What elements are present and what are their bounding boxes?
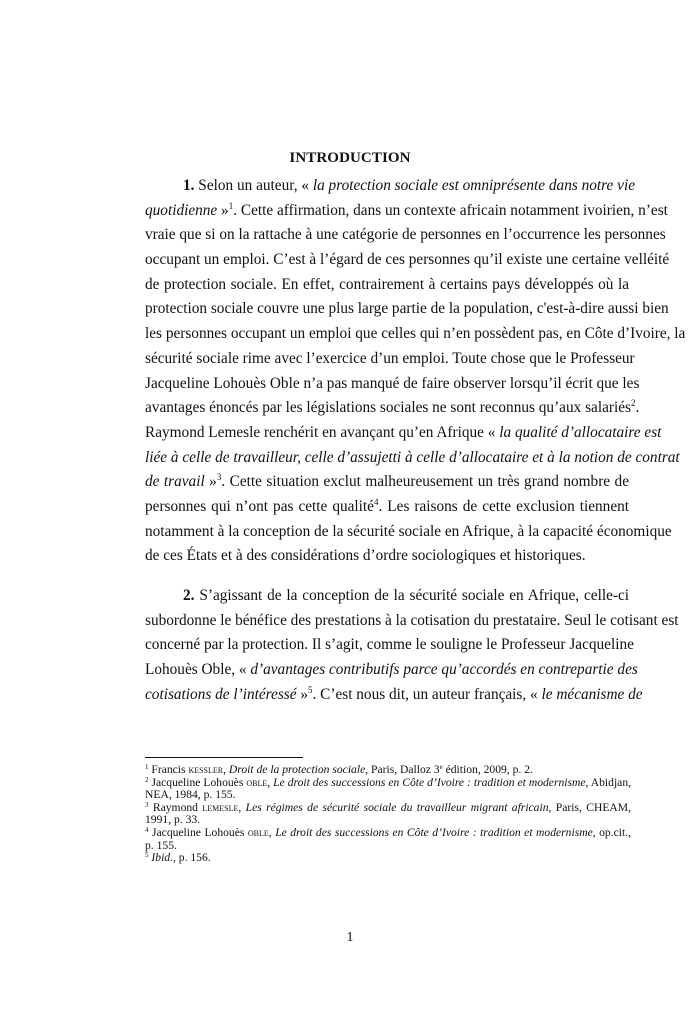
footnote-4: 4 Jacqueline Lohouès oble, Le droit des … bbox=[145, 827, 631, 840]
text-span: . Cette affirmation, dans un contexte af… bbox=[233, 202, 668, 219]
quotation: la protection sociale est omniprésente d… bbox=[313, 177, 635, 194]
text-span: sécurité sociale rime avec l’exercice d’… bbox=[145, 350, 635, 367]
text-line: cotisations de l’intéressé »5. C’est nou… bbox=[145, 683, 629, 708]
text-span: , Abidjan, bbox=[586, 776, 632, 789]
text-span: édition, 2009, p. 2. bbox=[443, 763, 533, 776]
text-span: , Paris, CHEAM, bbox=[549, 801, 632, 814]
text-line: Raymond Lemesle renchérit en avançant qu… bbox=[145, 421, 629, 446]
text-span: . bbox=[635, 399, 639, 416]
text-span: protection sociale couvre une plus large… bbox=[145, 300, 669, 317]
text-span: de ces États et à des considérations d’o… bbox=[145, 547, 586, 564]
text-span: Selon un auteur, « bbox=[194, 177, 312, 194]
text-line: de protection sociale. En effet, contrai… bbox=[145, 273, 629, 298]
text-span: Lohouès Oble, « bbox=[145, 661, 250, 678]
footnote-number: 2 bbox=[145, 776, 149, 784]
quotation: la qualité d’allocataire est bbox=[499, 424, 661, 441]
paragraph-number: 2. bbox=[183, 587, 194, 604]
text-span: occupant un emploi. C’est à l’égard de c… bbox=[145, 251, 669, 268]
footnote-author: Jacqueline Lohouès bbox=[152, 776, 247, 789]
quotation: liée à celle de travailleur, celle d’ass… bbox=[145, 449, 680, 466]
text-span: . Cette situation exclut malheureusement… bbox=[221, 473, 629, 490]
footnote-5: 5 Ibid., p. 156. bbox=[145, 852, 631, 865]
text-span: . Les raisons de cette exclusion tiennen… bbox=[378, 498, 629, 515]
footnote-separator bbox=[145, 757, 303, 758]
paragraph-number: 1. bbox=[183, 177, 194, 194]
text-line: liée à celle de travailleur, celle d’ass… bbox=[145, 446, 629, 471]
text-line: 1. Selon un auteur, « la protection soci… bbox=[145, 174, 629, 199]
quotation: le mécanisme de bbox=[542, 686, 643, 703]
text-line: les personnes occupant un emploi que cel… bbox=[145, 322, 629, 347]
footnote-title: Le droit des successions en Côte d’Ivoir… bbox=[275, 826, 593, 839]
text-line: vraie que si on la rattache à une catégo… bbox=[145, 223, 629, 248]
text-line: protection sociale couvre une plus large… bbox=[145, 297, 629, 322]
text-span: personnes qui n’ont pas cette qualité bbox=[145, 498, 374, 515]
text-line: Jacqueline Lohouès Oble n’a pas manqué d… bbox=[145, 372, 629, 397]
footnote-title: Ibid. bbox=[151, 851, 173, 864]
document-page: INTRODUCTION 1. Selon un auteur, « la pr… bbox=[0, 0, 700, 1028]
footnote-author-surname: kessler bbox=[188, 763, 223, 776]
text-span: » bbox=[217, 202, 228, 219]
footnote-number: 1 bbox=[145, 763, 149, 771]
quotation: cotisations de l’intéressé bbox=[145, 686, 297, 703]
footnote-number: 3 bbox=[145, 801, 149, 809]
quotation: de travail bbox=[145, 473, 205, 490]
footnote-author-surname: lemesle bbox=[202, 801, 238, 814]
text-line: de travail »3. Cette situation exclut ma… bbox=[145, 470, 629, 495]
text-span: . C’est nous dit, un auteur français, « bbox=[313, 686, 542, 703]
text-span: » bbox=[297, 686, 308, 703]
page-title: INTRODUCTION bbox=[0, 150, 700, 167]
footnote-title: Les régimes de sécurité sociale du trava… bbox=[246, 801, 549, 814]
footnote-number: 4 bbox=[145, 826, 149, 834]
text-span: S’agissant de la conception de la sécuri… bbox=[194, 587, 629, 604]
text-span: concerné par la protection. Il s’agit, c… bbox=[145, 636, 634, 653]
text-line: occupant un emploi. C’est à l’égard de c… bbox=[145, 248, 629, 273]
footnote-title: Le droit des successions en Côte d’Ivoir… bbox=[273, 776, 585, 789]
text-span: , Paris, Dalloz 3 bbox=[365, 763, 439, 776]
quotation: quotidienne bbox=[145, 202, 217, 219]
text-span: subordonne le bénéfice des prestations à… bbox=[145, 612, 679, 629]
footnote-author: Raymond bbox=[153, 801, 202, 814]
footnote-author-surname: oble bbox=[248, 826, 269, 839]
paragraph-2: 2. S’agissant de la conception de la séc… bbox=[145, 584, 629, 707]
text-span: , op.cit., bbox=[593, 826, 631, 839]
text-line: subordonne le bénéfice des prestations à… bbox=[145, 609, 629, 634]
text-span: » bbox=[205, 473, 217, 490]
text-line: avantages énoncés par les législations s… bbox=[145, 396, 629, 421]
text-span: de protection sociale. En effet, contrai… bbox=[145, 276, 629, 293]
text-span: notamment à la conception de la sécurité… bbox=[145, 523, 672, 540]
footnote-author-surname: oble bbox=[246, 776, 267, 789]
quotation: d’avantages contributifs parce qu’accord… bbox=[250, 661, 637, 678]
footnote-author: Francis bbox=[151, 763, 188, 776]
text-line: personnes qui n’ont pas cette qualité4. … bbox=[145, 495, 629, 520]
text-line: quotidienne »1. Cette affirmation, dans … bbox=[145, 199, 629, 224]
text-span: Raymond Lemesle renchérit en avançant qu… bbox=[145, 424, 499, 441]
text-line: de ces États et à des considérations d’o… bbox=[145, 544, 629, 569]
footnote-continuation: p. 155. bbox=[145, 840, 631, 853]
text-line: sécurité sociale rime avec l’exercice d’… bbox=[145, 347, 629, 372]
text-line: notamment à la conception de la sécurité… bbox=[145, 520, 629, 545]
text-span: les personnes occupant un emploi que cel… bbox=[145, 325, 685, 342]
footnote-author: Jacqueline Lohouès bbox=[152, 826, 248, 839]
text-line: Lohouès Oble, « d’avantages contributifs… bbox=[145, 658, 629, 683]
text-span: , p. 156. bbox=[173, 851, 211, 864]
text-line: concerné par la protection. Il s’agit, c… bbox=[145, 633, 629, 658]
paragraph-1: 1. Selon un auteur, « la protection soci… bbox=[145, 174, 629, 569]
footnote-3: 3 Raymond lemesle, Les régimes de sécuri… bbox=[145, 802, 631, 815]
footnotes: 1 Francis kessler, Droit de la protectio… bbox=[145, 764, 631, 865]
text-line: 2. S’agissant de la conception de la séc… bbox=[145, 584, 629, 609]
footnote-title: Droit de la protection sociale bbox=[229, 763, 365, 776]
footnote-number: 5 bbox=[145, 851, 149, 859]
text-span: , bbox=[238, 801, 245, 814]
text-span: Jacqueline Lohouès Oble n’a pas manqué d… bbox=[145, 375, 639, 392]
text-span: vraie que si on la rattache à une catégo… bbox=[145, 226, 666, 243]
page-number: 1 bbox=[0, 930, 700, 946]
text-span: avantages énoncés par les législations s… bbox=[145, 399, 631, 416]
